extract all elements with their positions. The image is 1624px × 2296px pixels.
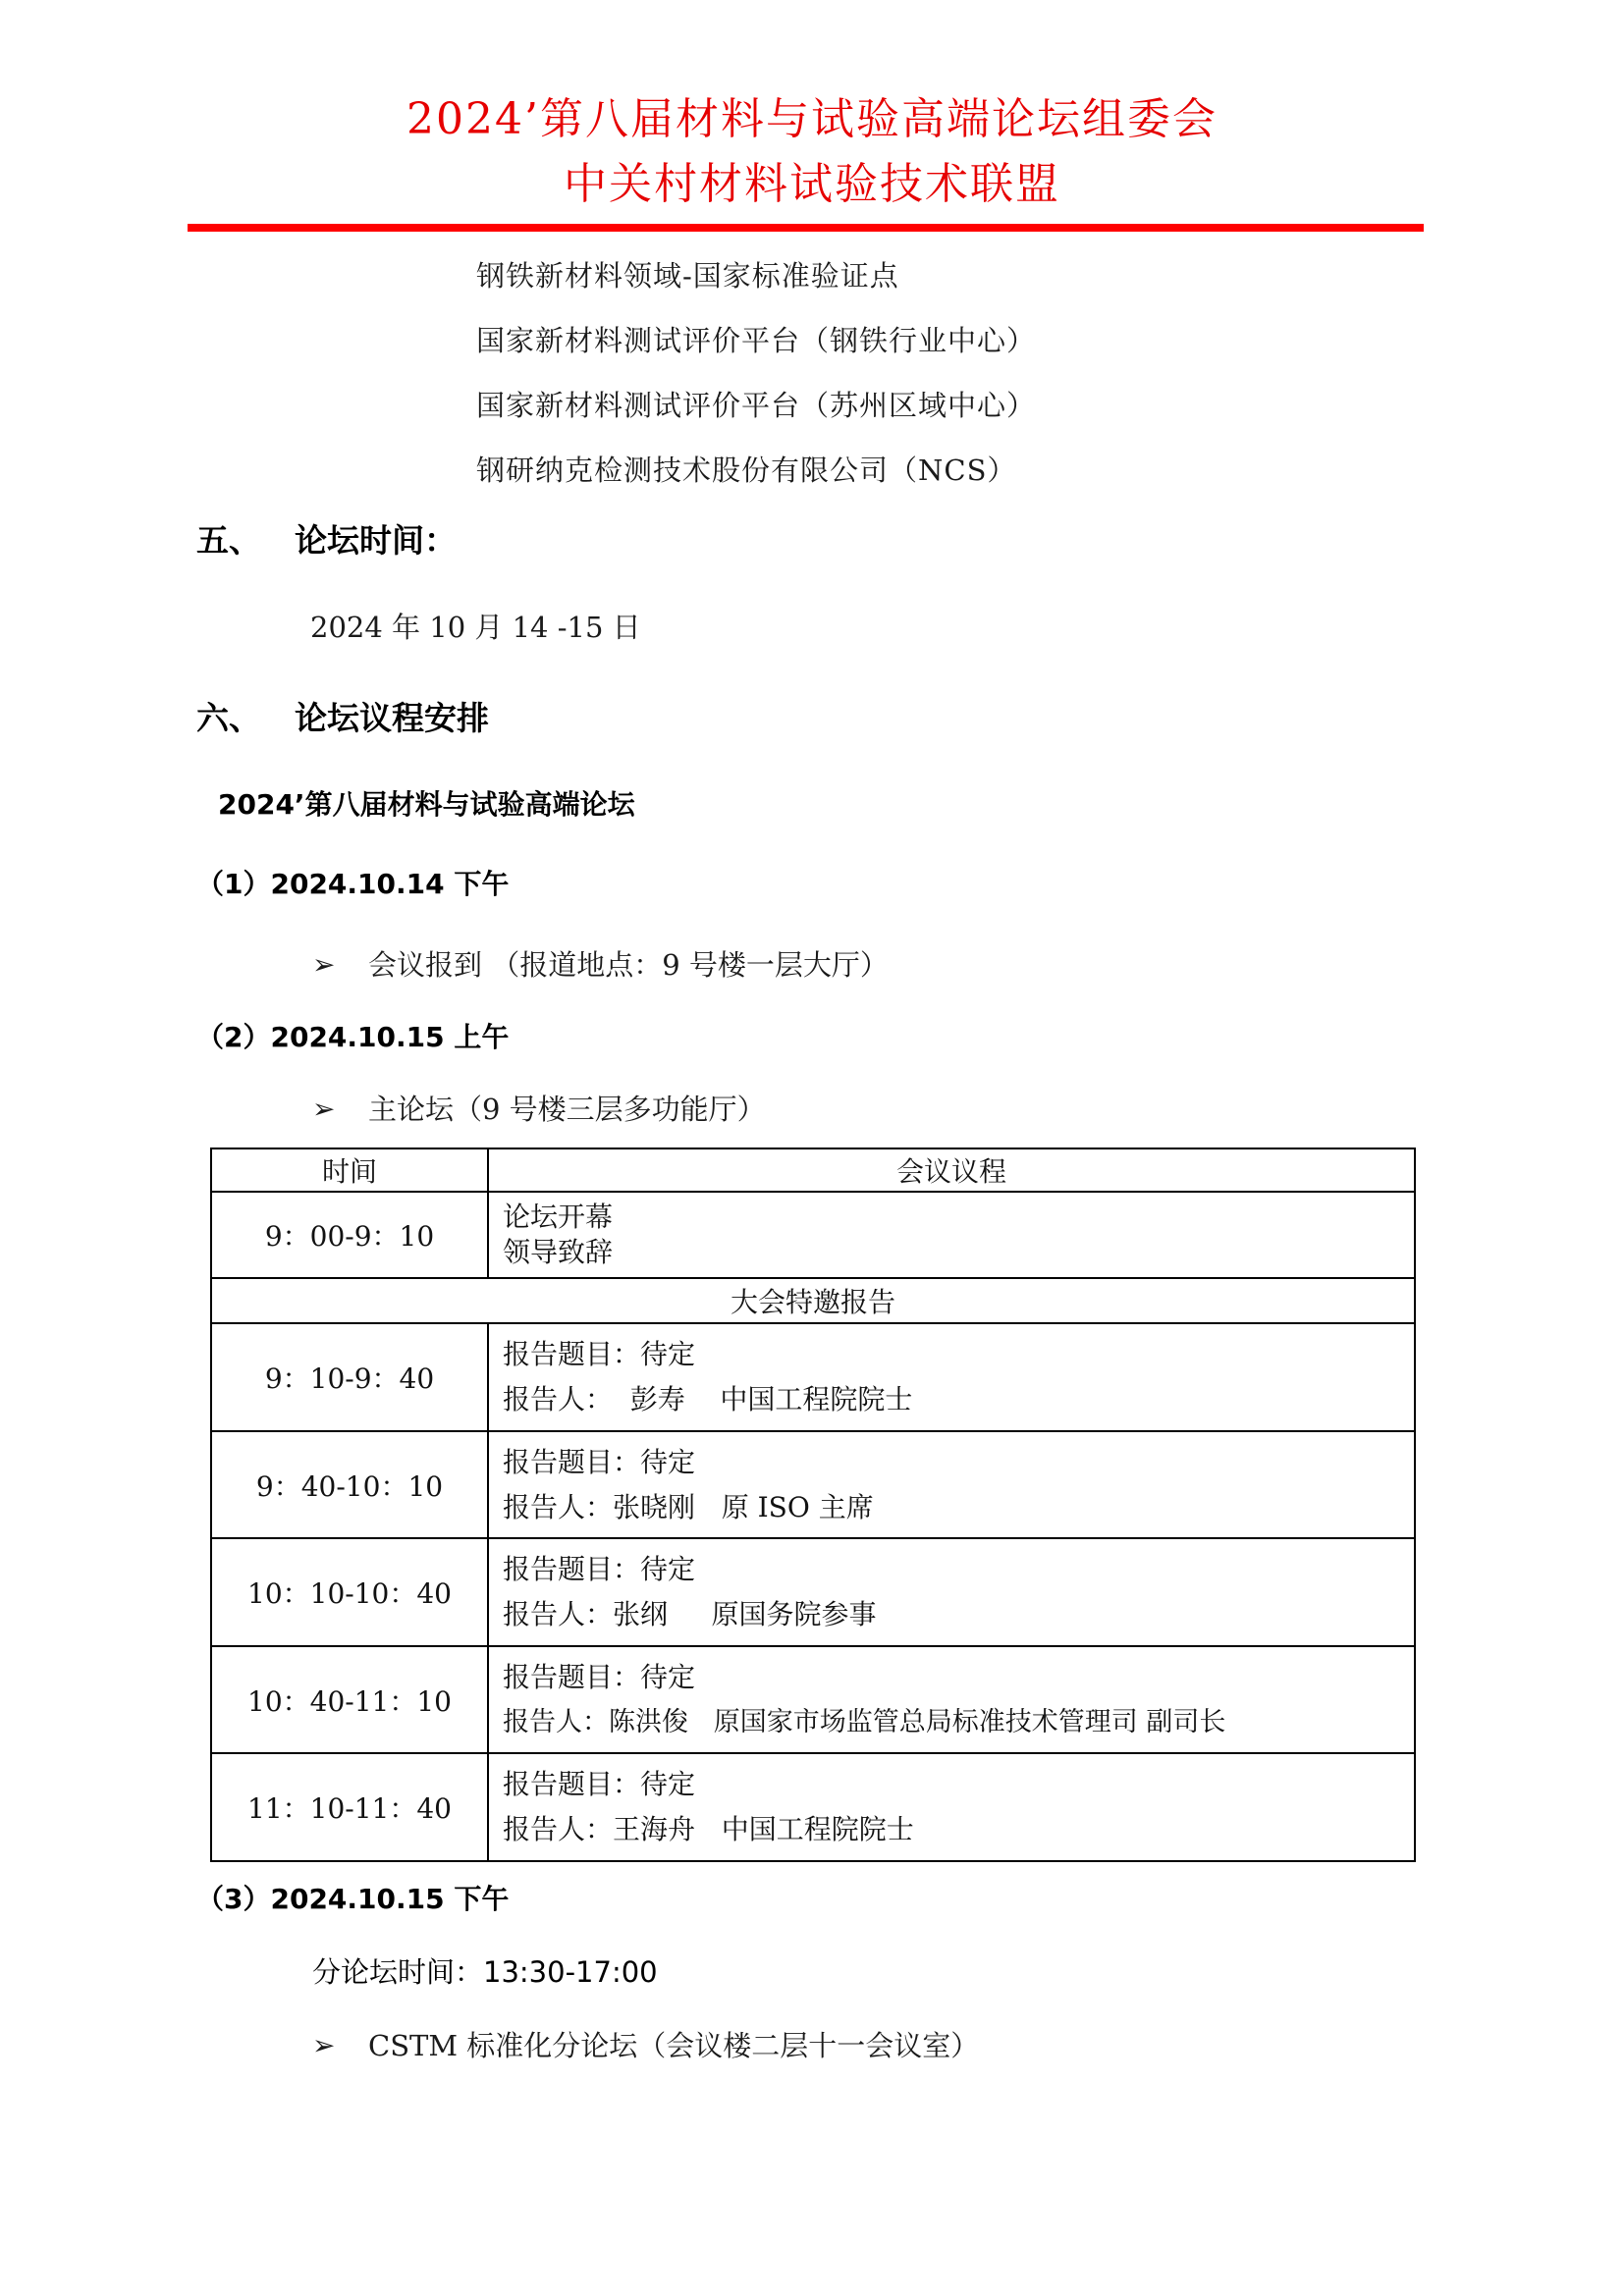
talk-speaker: 报告人：王海舟 中国工程院院士 xyxy=(503,1816,1414,1843)
header-red-rule xyxy=(188,224,1424,232)
talk-topic: 报告题目：待定 xyxy=(503,1341,1414,1368)
bullet-text: 会议报到 （报道地点：9 号楼一层大厅） xyxy=(368,951,889,980)
organizer-line: 钢铁新材料领域-国家标准验证点 xyxy=(476,262,899,291)
time-cell: 9：40-10：10 xyxy=(211,1431,488,1538)
organizer-line: 国家新材料测试评价平台（苏州区域中心） xyxy=(476,392,1036,420)
section-row-title: 大会特邀报告 xyxy=(211,1278,1415,1323)
agenda-cell: 报告题目：待定 报告人：张晓刚 原 ISO 主席 xyxy=(488,1431,1415,1538)
time-cell: 9：00-9：10 xyxy=(211,1192,488,1278)
session-label: （2）2024.10.15 上午 xyxy=(196,1024,509,1051)
section6-heading: 六、 论坛议程安排 xyxy=(196,702,785,741)
talk-topic: 报告题目：待定 xyxy=(503,1449,1414,1476)
table-row: 9：40-10：10 报告题目：待定 报告人：张晓刚 原 ISO 主席 xyxy=(211,1431,1415,1538)
time-cell: 10：40-11：10 xyxy=(211,1646,488,1753)
arrow-bullet-icon: ➢ xyxy=(312,951,335,979)
table-section-row: 大会特邀报告 xyxy=(211,1278,1415,1323)
talk-topic: 报告题目：待定 xyxy=(503,1556,1414,1583)
forum-date: 2024 年 10 月 14 -15 日 xyxy=(310,614,641,642)
table-row: 9：00-9：10 论坛开幕 领导致辞 xyxy=(211,1192,1415,1278)
table-header-row: 时间 会议议程 xyxy=(211,1148,1415,1192)
session-label: （1）2024.10.14 下午 xyxy=(196,871,509,898)
time-cell: 9：10-9：40 xyxy=(211,1323,488,1431)
agenda-line: 论坛开幕 xyxy=(503,1203,1414,1231)
header-time: 时间 xyxy=(211,1148,488,1192)
session-label: （3）2024.10.15 下午 xyxy=(196,1886,509,1913)
time-cell: 11：10-11：40 xyxy=(211,1753,488,1861)
talk-speaker: 报告人：陈洪俊 原国家市场监管总局标准技术管理司 副司长 xyxy=(503,1709,1414,1735)
bullet-text: CSTM 标准化分论坛（会议楼二层十一会议室） xyxy=(368,2032,979,2060)
bullet-text: 主论坛（9 号楼三层多功能厅） xyxy=(368,1095,766,1124)
agenda-line: 领导致辞 xyxy=(503,1239,1414,1266)
subforum-time: 分论坛时间：13:30-17:00 xyxy=(312,1958,658,1987)
section5-heading: 五、 论坛时间： xyxy=(196,524,785,563)
forum-name: 2024’第八届材料与试验高端论坛 xyxy=(218,791,635,819)
agenda-table: 时间 会议议程 9：00-9：10 论坛开幕 领导致辞 大会特邀报告 9：10-… xyxy=(210,1148,1416,1862)
agenda-cell: 论坛开幕 领导致辞 xyxy=(488,1192,1415,1278)
session-bullet-item: ➢ 主论坛（9 号楼三层多功能厅） xyxy=(312,1095,1098,1129)
talk-speaker: 报告人： 彭寿 中国工程院院士 xyxy=(503,1386,1414,1414)
talk-topic: 报告题目：待定 xyxy=(503,1771,1414,1798)
section5-title: 论坛时间： xyxy=(295,524,457,557)
talk-speaker: 报告人：张纲 原国务院参事 xyxy=(503,1601,1414,1629)
agenda-cell: 报告题目：待定 报告人：张纲 原国务院参事 xyxy=(488,1538,1415,1646)
header-agenda: 会议议程 xyxy=(488,1148,1415,1192)
talk-speaker: 报告人：张晓刚 原 ISO 主席 xyxy=(503,1494,1414,1522)
section6-title: 论坛议程安排 xyxy=(295,702,489,734)
talk-topic: 报告题目：待定 xyxy=(503,1664,1414,1691)
arrow-bullet-icon: ➢ xyxy=(312,2032,335,2059)
section5-number: 五、 xyxy=(196,524,261,557)
agenda-cell: 报告题目：待定 报告人：王海舟 中国工程院院士 xyxy=(488,1753,1415,1861)
agenda-cell: 报告题目：待定 报告人：陈洪俊 原国家市场监管总局标准技术管理司 副司长 xyxy=(488,1646,1415,1753)
arrow-bullet-icon: ➢ xyxy=(312,1095,335,1123)
table-row: 10：10-10：40 报告题目：待定 报告人：张纲 原国务院参事 xyxy=(211,1538,1415,1646)
agenda-cell: 报告题目：待定 报告人： 彭寿 中国工程院院士 xyxy=(488,1323,1415,1431)
session-bullet-item: ➢ CSTM 标准化分论坛（会议楼二层十一会议室） xyxy=(312,2032,1196,2065)
table-row: 10：40-11：10 报告题目：待定 报告人：陈洪俊 原国家市场监管总局标准技… xyxy=(211,1646,1415,1753)
session-bullet-item: ➢ 会议报到 （报道地点：9 号楼一层大厅） xyxy=(312,951,1098,985)
time-cell: 10：10-10：40 xyxy=(211,1538,488,1646)
organizer-line: 国家新材料测试评价平台（钢铁行业中心） xyxy=(476,327,1036,355)
document-title-line2: 中关村材料试验技术联盟 xyxy=(0,163,1624,206)
table-row: 11：10-11：40 报告题目：待定 报告人：王海舟 中国工程院院士 xyxy=(211,1753,1415,1861)
organizer-line: 钢研纳克检测技术股份有限公司（NCS） xyxy=(476,456,1016,485)
section6-number: 六、 xyxy=(196,702,261,734)
table-row: 9：10-9：40 报告题目：待定 报告人： 彭寿 中国工程院院士 xyxy=(211,1323,1415,1431)
document-title-line1: 2024’第八届材料与试验高端论坛组委会 xyxy=(0,98,1624,141)
